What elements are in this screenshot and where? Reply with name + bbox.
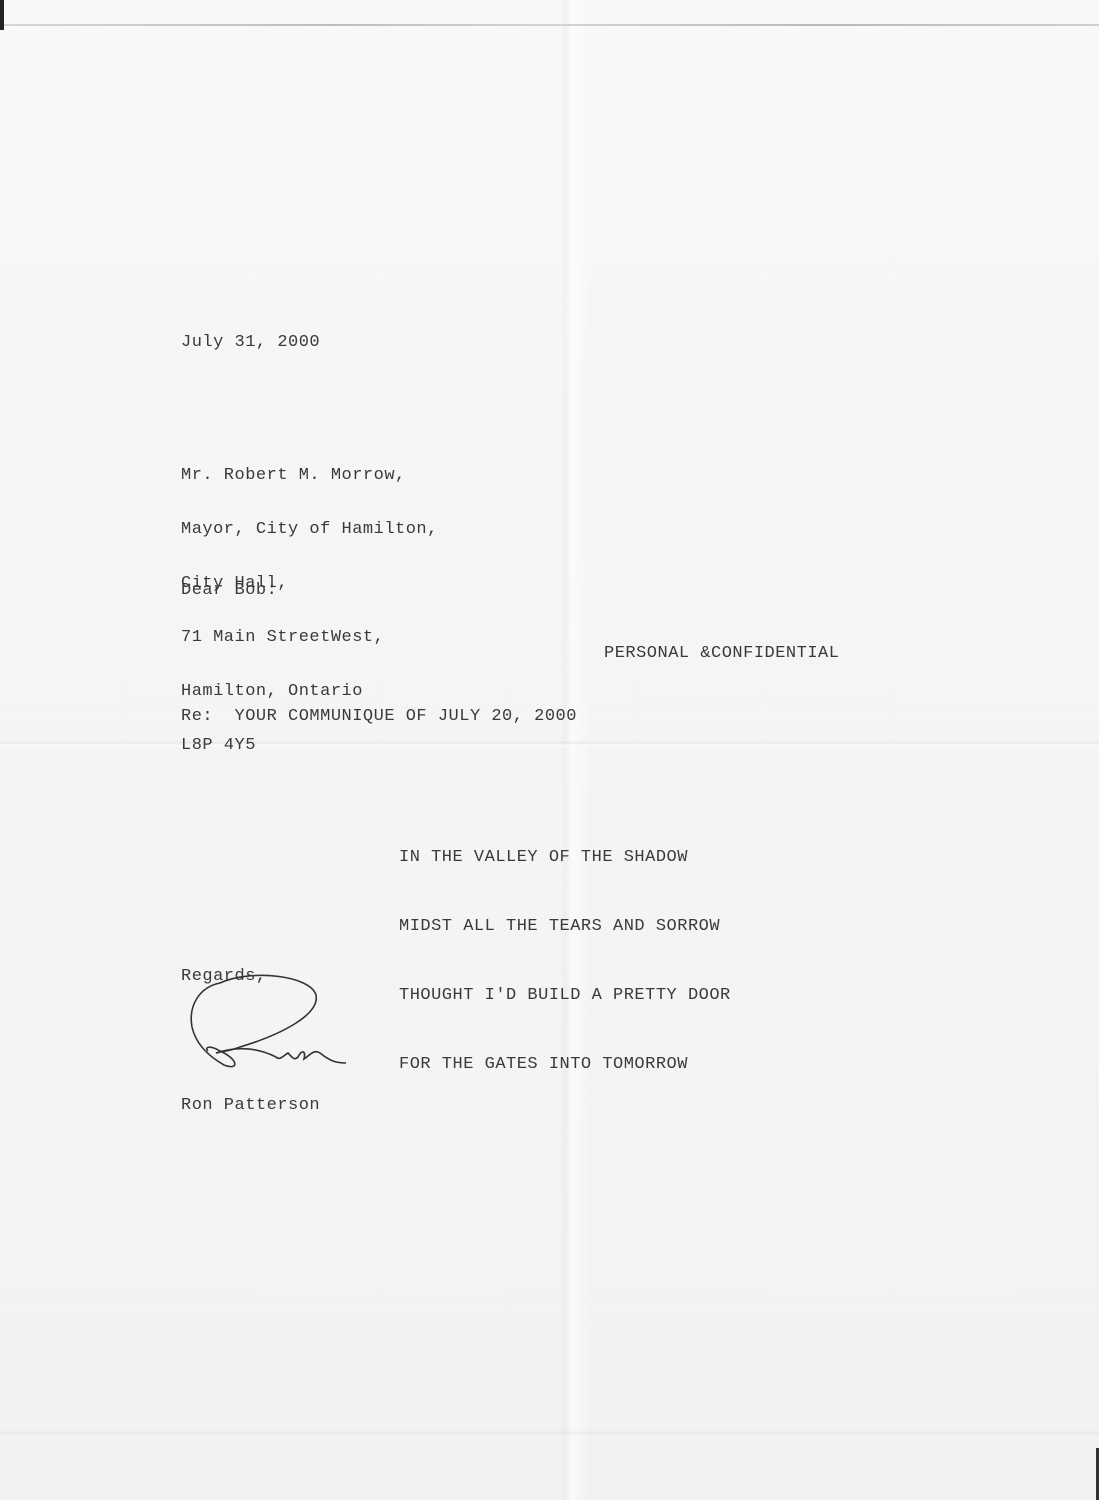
fold-line-lower xyxy=(0,1430,1099,1436)
salutation: Dear Bob: xyxy=(181,582,277,600)
address-line: Mr. Robert M. Morrow, xyxy=(181,467,438,485)
address-line: Mayor, City of Hamilton, xyxy=(181,521,438,539)
address-line: L8P 4Y5 xyxy=(181,737,438,755)
subject-line: Re: YOUR COMMUNIQUE OF JULY 20, 2000 xyxy=(181,708,577,726)
poem: IN THE VALLEY OF THE SHADOW MIDST ALL TH… xyxy=(399,805,731,1099)
sender-name: Ron Patterson xyxy=(181,1097,320,1115)
fold-line xyxy=(0,740,1099,748)
signature-icon xyxy=(180,965,360,1085)
poem-line: THOUGHT I'D BUILD A PRETTY DOOR xyxy=(399,979,731,1012)
paper-top-edge xyxy=(4,24,1099,26)
poem-line: FOR THE GATES INTO TOMORROW xyxy=(399,1048,731,1081)
letter-page xyxy=(0,0,1099,1500)
letter-date: July 31, 2000 xyxy=(181,334,320,352)
address-line: 71 Main StreetWest, xyxy=(181,629,438,647)
address-line: Hamilton, Ontario xyxy=(181,683,438,701)
poem-line: MIDST ALL THE TEARS AND SORROW xyxy=(399,910,731,943)
poem-line: IN THE VALLEY OF THE SHADOW xyxy=(399,841,731,874)
confidential-marking: PERSONAL &CONFIDENTIAL xyxy=(604,645,839,663)
